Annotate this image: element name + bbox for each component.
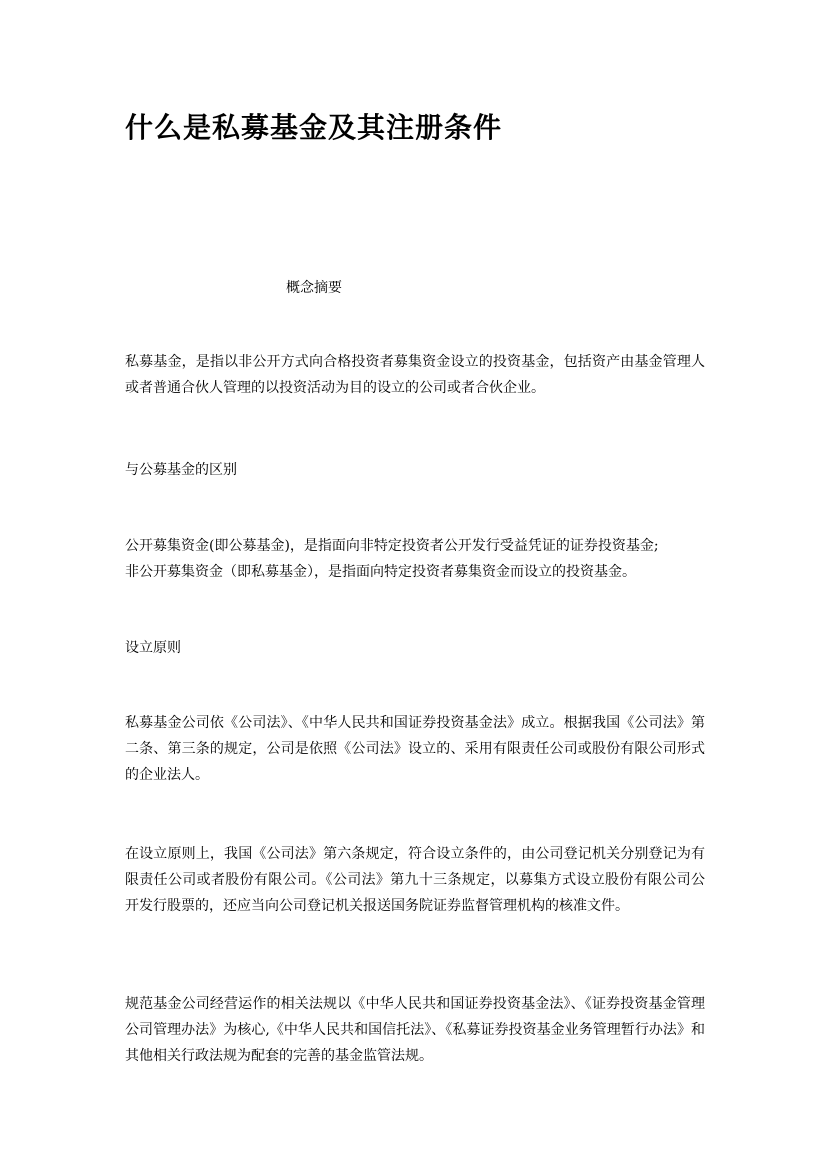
- heading-concept-summary: 概念摘要: [286, 277, 342, 297]
- paragraph-company-law: 私募基金公司依《公司法》、《中华人民共和国证券投资基金法》成立。根据我国《公司法…: [125, 710, 705, 788]
- document-title: 什么是私募基金及其注册条件: [125, 106, 502, 146]
- heading-difference: 与公募基金的区别: [125, 459, 237, 479]
- paragraph-line: 非公开募集资金（即私募基金），是指面向特定投资者募集资金而设立的投资基金。: [125, 559, 725, 585]
- paragraph-registration: 在设立原则上，我国《公司法》第六条规定，符合设立条件的，由公司登记机关分别登记为…: [125, 841, 705, 919]
- paragraph-definition: 私募基金，是指以非公开方式向合格投资者募集资金设立的投资基金，包括资产由基金管理…: [125, 349, 705, 401]
- paragraph-line: 公开募集资金(即公募基金)，是指面向非特定投资者公开发行受益凭证的证券投资基金;: [125, 533, 725, 559]
- heading-principles: 设立原则: [125, 637, 181, 657]
- paragraph-difference: 公开募集资金(即公募基金)，是指面向非特定投资者公开发行受益凭证的证券投资基金;…: [125, 533, 725, 585]
- paragraph-regulations: 规范基金公司经营运作的相关法规以《中华人民共和国证券投资基金法》、《证券投资基金…: [125, 991, 705, 1069]
